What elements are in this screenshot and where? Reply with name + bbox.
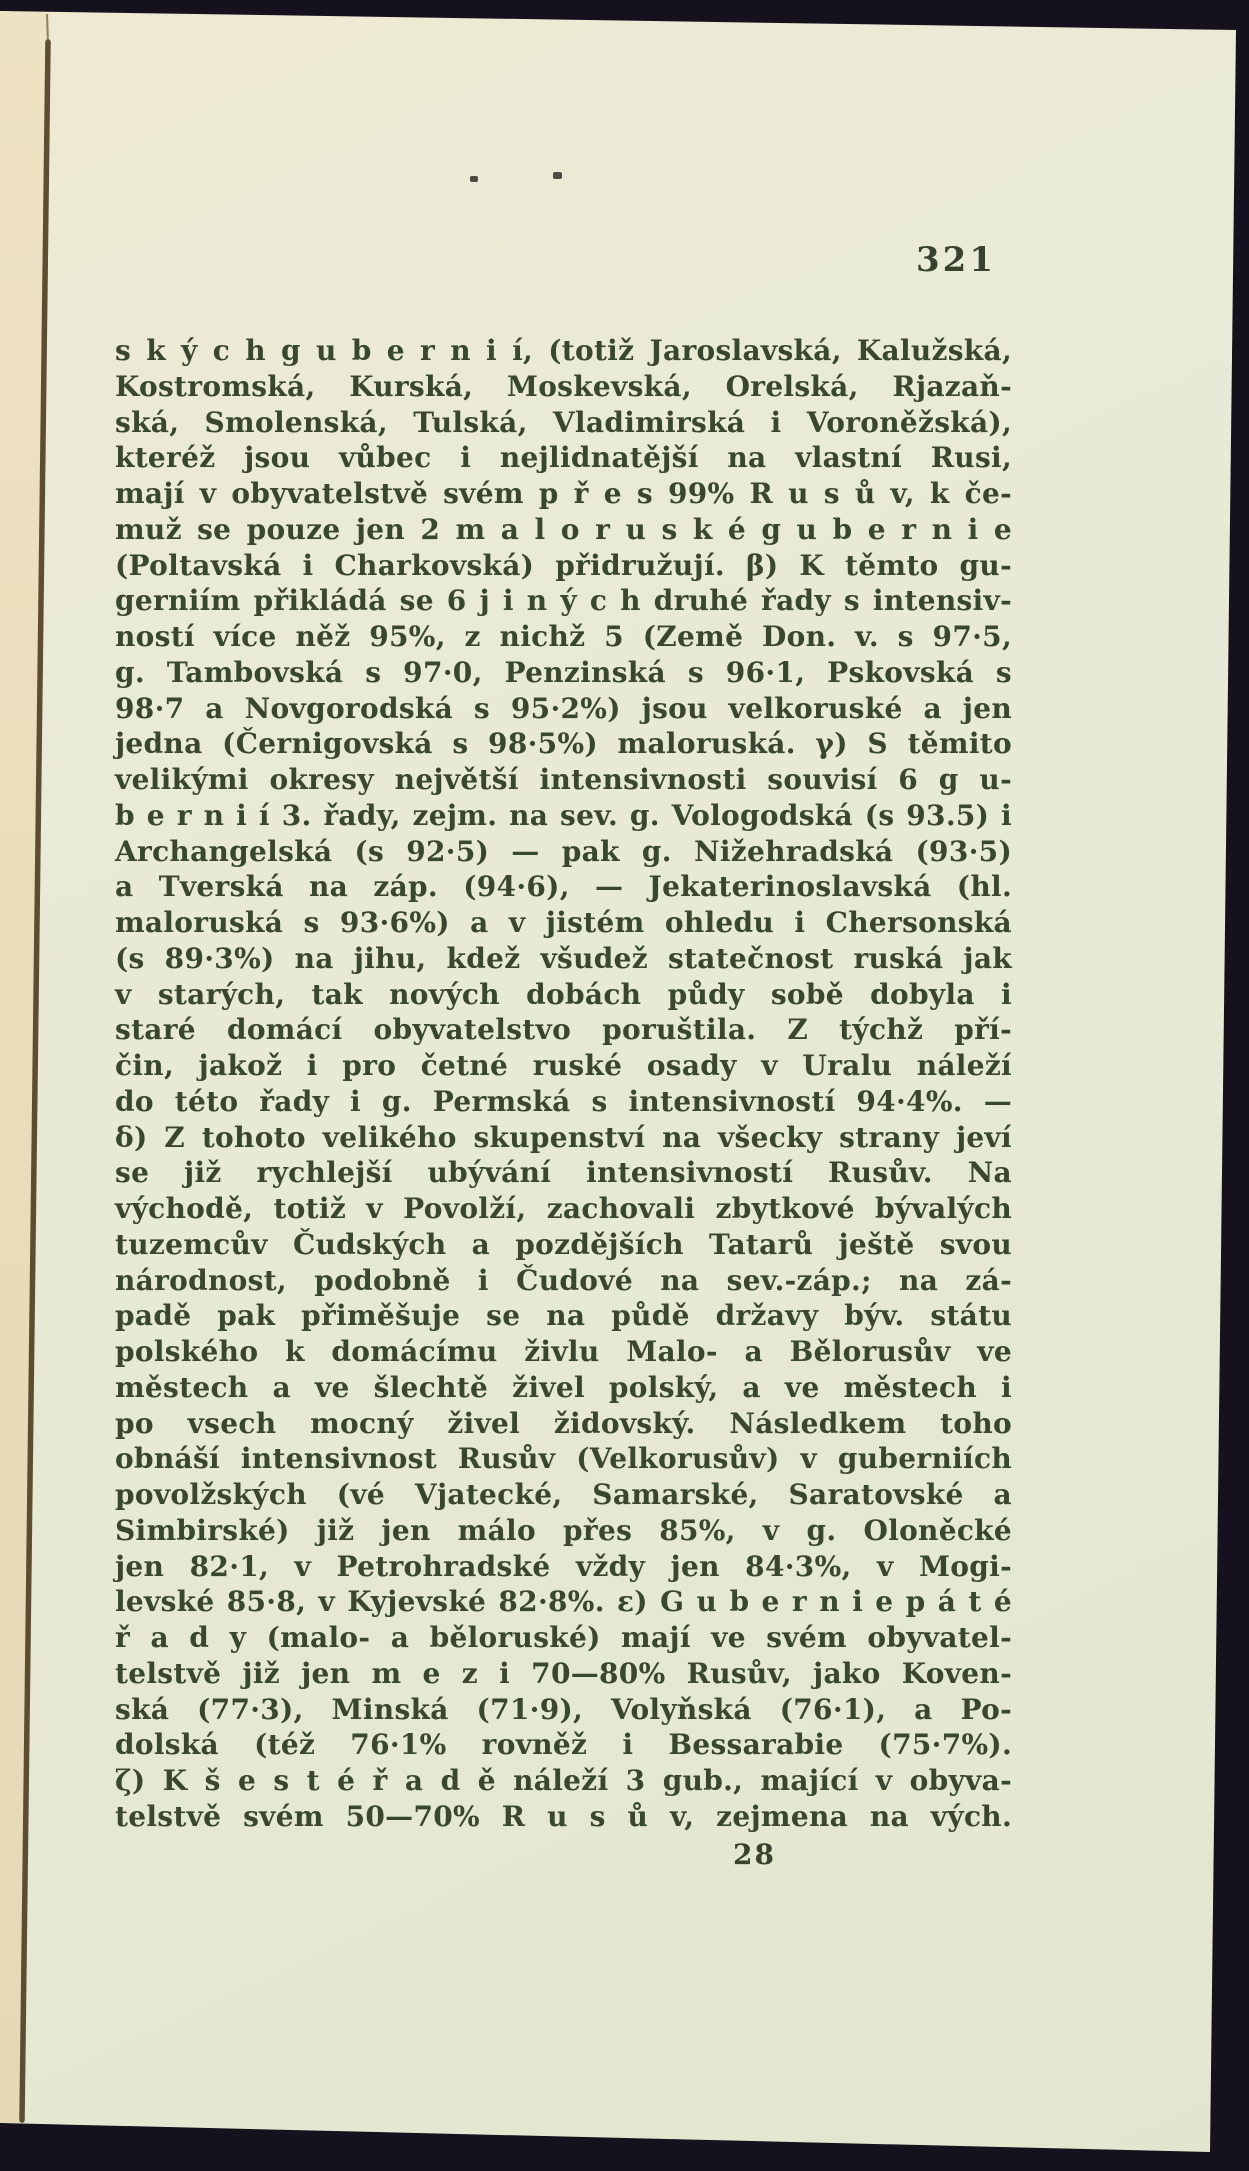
scanned-book-page: { "document": { "page_number_top": "321"… <box>0 0 1249 2171</box>
text-line: jen 82·1, v Petrohradské vždy jen 84·3%,… <box>115 1549 1012 1585</box>
text-line: jedna (Černigovská s 98·5%) maloruská. γ… <box>115 726 1012 762</box>
text-line: ř a d y (malo- a běloruské) mají ve svém… <box>115 1620 1012 1656</box>
text-line: v starých, tak nových dobách půdy sobě d… <box>115 977 1012 1013</box>
text-line: levské 85·8, v Kyjevské 82·8%. ε) G u b … <box>115 1584 1012 1620</box>
text-line: Simbirské) již jen málo přes 85%, v g. O… <box>115 1513 1012 1549</box>
text-line: 98·7 a Novgorodská s 95·2%) jsou velkoru… <box>115 691 1012 727</box>
text-line: g. Tambovská s 97·0, Penzinská s 96·1, P… <box>115 655 1012 691</box>
text-line: polského k domácímu živlu Malo- a Běloru… <box>115 1334 1012 1370</box>
text-line: mají v obyvatelstvě svém p ř e s 99% R u… <box>115 476 1012 512</box>
text-line: do této řady i g. Permská s intensivnost… <box>115 1084 1012 1120</box>
text-line: s k ý c h g u b e r n i í, (totiž Jarosl… <box>115 333 1012 369</box>
page-number-header: 321 <box>916 240 996 280</box>
text-line: Archangelská (s 92·5) — pak g. Nižehrads… <box>115 834 1012 870</box>
text-line: čin, jakož i pro četné ruské osady v Ura… <box>115 1048 1012 1084</box>
text-line: ζ) K š e s t é ř a d ě náleží 3 gub., ma… <box>115 1763 1012 1799</box>
text-line: muž se pouze jen 2 m a l o r u s k é g u… <box>115 512 1012 548</box>
text-line: východě, totiž v Povolží, zachovali zbyt… <box>115 1191 1012 1227</box>
text-line: a Tverská na záp. (94·6), — Jekaterinosl… <box>115 869 1012 905</box>
text-line: ská, Smolenská, Tulská, Vladimirská i Vo… <box>115 405 1012 441</box>
ink-speck <box>553 172 562 179</box>
text-line: (Poltavská i Charkovská) přidružují. β) … <box>115 548 1012 584</box>
text-line: (s 89·3%) na jihu, kdež všudež statečnos… <box>115 941 1012 977</box>
page-number-footer: 28 <box>733 1838 776 1871</box>
text-line: po vsech mocný živel židovský. Následkem… <box>115 1406 1012 1442</box>
body-text: s k ý c h g u b e r n i í, (totiž Jarosl… <box>115 333 1012 1835</box>
text-line: obnáší intensivnost Rusův (Velkorusův) v… <box>115 1441 1012 1477</box>
text-line: velikými okresy největší intensivnosti s… <box>115 762 1012 798</box>
ink-speck <box>470 176 478 182</box>
text-line: povolžských (vé Vjatecké, Samarské, Sara… <box>115 1477 1012 1513</box>
text-line: telstvě již jen m e z i 70—80% Rusův, ja… <box>115 1656 1012 1692</box>
text-line: dolská (též 76·1% rovněž i Bessarabie (7… <box>115 1727 1012 1763</box>
text-line: Kostromská, Kurská, Moskevská, Orelská, … <box>115 369 1012 405</box>
text-line: padě pak přiměšuje se na půdě državy býv… <box>115 1298 1012 1334</box>
text-line: gerniím přikládá se 6 j i n ý c h druhé … <box>115 583 1012 619</box>
text-line: maloruská s 93·6%) a v jistém ohledu i C… <box>115 905 1012 941</box>
text-line: ností více něž 95%, z nichž 5 (Země Don.… <box>115 619 1012 655</box>
text-line: tuzemcův Čudských a pozdějších Tatarů je… <box>115 1227 1012 1263</box>
text-line: staré domácí obyvatelstvo poruštila. Z t… <box>115 1012 1012 1048</box>
text-line: se již rychlejší ubývání intensivností R… <box>115 1155 1012 1191</box>
text-line: telstvě svém 50—70% R u s ů v, zejmena n… <box>115 1799 1012 1835</box>
text-line: kteréž jsou vůbec i nejlidnatější na vla… <box>115 440 1012 476</box>
text-line: ská (77·3), Minská (71·9), Volyňská (76·… <box>115 1692 1012 1728</box>
text-line: národnost, podobně i Čudové na sev.-záp.… <box>115 1263 1012 1299</box>
text-line: δ) Z tohoto velikého skupenství na všeck… <box>115 1120 1012 1156</box>
text-line: městech a ve šlechtě živel polský, a ve … <box>115 1370 1012 1406</box>
text-line: b e r n i í 3. řady, zejm. na sev. g. Vo… <box>115 798 1012 834</box>
